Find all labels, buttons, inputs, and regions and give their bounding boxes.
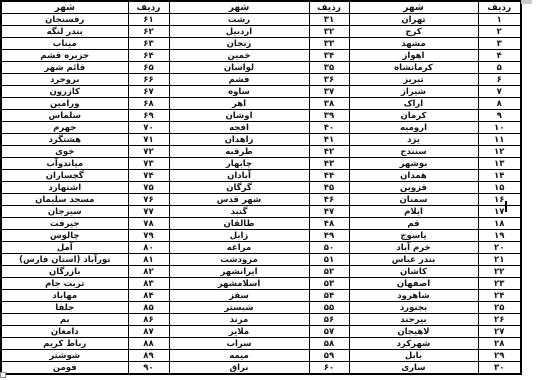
city-cell[interactable]: سیرجان: [1, 206, 128, 218]
table-row: ۱۳بوشهر۴۳چابهار۷۳میاندوآب: [1, 158, 521, 170]
row-number-cell[interactable]: ۵: [478, 62, 521, 74]
row-number-cell[interactable]: ۸۶: [128, 314, 169, 326]
city-cell[interactable]: بوشهر: [349, 158, 478, 170]
city-cell[interactable]: بابل: [349, 350, 478, 362]
row-number-cell[interactable]: ۴۷: [309, 206, 349, 218]
row-number-cell[interactable]: ۷۵: [128, 182, 169, 194]
row-number-cell[interactable]: ۹۰: [128, 362, 169, 375]
table-row: ۲۸شهرکرد۵۸سراب۸۸رباط کریم: [1, 338, 521, 350]
city-cell[interactable]: یاسوج: [349, 230, 478, 242]
city-cell[interactable]: مشهد: [349, 38, 478, 50]
table-row: ۱۷ایلام۴۷گنبد۷۷سیرجان: [1, 206, 521, 218]
city-cell[interactable]: چابهار: [169, 158, 309, 170]
city-cell[interactable]: فومن: [1, 362, 128, 375]
row-number-cell[interactable]: ۹: [478, 110, 521, 122]
table-row: ۷شیراز۳۷ساوه۶۷کازرون: [1, 86, 521, 98]
city-cell[interactable]: اسلامشهر: [169, 278, 309, 290]
row-number-cell[interactable]: ۷۷: [128, 206, 169, 218]
header-radif[interactable]: ردیف: [309, 1, 349, 14]
row-number-cell[interactable]: ۲۶: [478, 314, 521, 326]
row-number-cell[interactable]: ۴۳: [309, 158, 349, 170]
city-cell[interactable]: طالقان: [169, 218, 309, 230]
row-number-cell[interactable]: ۲۹: [478, 350, 521, 362]
row-number-cell[interactable]: ۵۲: [309, 266, 349, 278]
row-number-cell[interactable]: ۷۱: [128, 134, 169, 146]
city-cell[interactable]: چالوس: [1, 230, 128, 242]
table-row: ۲۴شاهرود۵۴سقز۸۴مهاباد: [1, 290, 521, 302]
row-number-cell[interactable]: ۷۸: [128, 218, 169, 230]
document-page: ردیف شهر ردیف شهر ردیف شهر ۱تهران۳۱رشت۶۱…: [0, 0, 544, 380]
city-table[interactable]: ردیف شهر ردیف شهر ردیف شهر ۱تهران۳۱رشت۶۱…: [0, 0, 522, 375]
row-number-cell[interactable]: ۸۲: [128, 266, 169, 278]
row-number-cell[interactable]: ۴۱: [309, 134, 349, 146]
table-row: ۱۴همدان۴۴آبادان۷۴گچساران: [1, 170, 521, 182]
row-number-cell[interactable]: ۵۰: [309, 242, 349, 254]
city-cell[interactable]: افجه: [169, 122, 309, 134]
table-row: ۵کرمانشاه۳۵لواسان۶۵قائم شهر: [1, 62, 521, 74]
row-number-cell[interactable]: ۳۸: [309, 98, 349, 110]
row-number-cell[interactable]: ۸۳: [128, 278, 169, 290]
row-number-cell[interactable]: ۳۹: [309, 110, 349, 122]
city-cell[interactable]: شوشتر: [1, 350, 128, 362]
header-radif[interactable]: ردیف: [478, 1, 521, 14]
row-number-cell[interactable]: ۷: [478, 86, 521, 98]
row-number-cell[interactable]: ۱۳: [478, 158, 521, 170]
row-number-cell[interactable]: ۸۵: [128, 302, 169, 314]
city-cell[interactable]: کاشان: [349, 266, 478, 278]
row-number-cell[interactable]: ۲۳: [478, 278, 521, 290]
row-number-cell[interactable]: ۷۴: [128, 170, 169, 182]
row-number-cell[interactable]: ۲۷: [478, 326, 521, 338]
city-cell[interactable]: تبریز: [349, 74, 478, 86]
row-number-cell[interactable]: ۸۸: [128, 338, 169, 350]
table-row: ۲۷لاهیجان۵۷ملایر۸۷دامغان: [1, 326, 521, 338]
corner-artifact: [521, 0, 532, 4]
city-cell[interactable]: جلفا: [1, 302, 128, 314]
row-number-cell[interactable]: ۴۶: [309, 194, 349, 206]
row-number-cell[interactable]: ۶۵: [128, 62, 169, 74]
city-cell[interactable]: سقز: [169, 290, 309, 302]
row-number-cell[interactable]: ۱۲: [478, 146, 521, 158]
header-shahr[interactable]: شهر: [169, 1, 309, 14]
row-number-cell[interactable]: ۱: [478, 14, 521, 26]
table-row: ۲۹بابل۵۹میمه۸۹شوشتر: [1, 350, 521, 362]
table-row: ۲۲کاشان۵۲ایرانشهر۸۲بازرگان: [1, 266, 521, 278]
city-cell[interactable]: شهر قدس: [169, 194, 309, 206]
city-cell[interactable]: سراب: [169, 338, 309, 350]
row-number-cell[interactable]: ۴۵: [309, 182, 349, 194]
city-cell[interactable]: میناب: [1, 38, 128, 50]
header-shahr[interactable]: شهر: [1, 1, 128, 14]
row-number-cell[interactable]: ۶۷: [128, 86, 169, 98]
city-cell[interactable]: گرگان: [169, 182, 309, 194]
row-number-cell[interactable]: ۵۹: [309, 350, 349, 362]
row-number-cell[interactable]: ۵۵: [309, 302, 349, 314]
row-number-cell[interactable]: ۶۹: [128, 110, 169, 122]
row-number-cell[interactable]: ۷۳: [128, 158, 169, 170]
city-cell[interactable]: مرودشت: [169, 254, 309, 266]
row-number-cell[interactable]: ۴: [478, 50, 521, 62]
city-cell[interactable]: تربت جام: [1, 278, 128, 290]
row-number-cell[interactable]: ۱۵: [478, 182, 521, 194]
row-number-cell[interactable]: ۱۱: [478, 134, 521, 146]
city-cell[interactable]: نورآباد (استان فارس): [1, 254, 128, 266]
table-row: ۱۶سمنان۴۶شهر قدس۷۶مسجد سلیمان: [1, 194, 521, 206]
city-cell[interactable]: ساری: [349, 362, 478, 375]
row-number-cell[interactable]: ۴۲: [309, 146, 349, 158]
city-cell[interactable]: اشتهارد: [1, 182, 128, 194]
row-number-cell[interactable]: ۲: [478, 26, 521, 38]
row-number-cell[interactable]: ۶۲: [128, 26, 169, 38]
row-number-cell[interactable]: ۵۶: [309, 314, 349, 326]
city-cell[interactable]: جهرم: [1, 122, 128, 134]
city-cell[interactable]: کرمان: [349, 110, 478, 122]
city-cell[interactable]: بم: [1, 314, 128, 326]
city-cell[interactable]: بیرجند: [349, 314, 478, 326]
row-number-cell[interactable]: ۶۰: [309, 362, 349, 375]
city-cell[interactable]: آبادان: [169, 170, 309, 182]
table-row: ۱۹یاسوج۴۹زابل۷۹چالوس: [1, 230, 521, 242]
table-row: ۳مشهد۳۳زنجان۶۳میناب: [1, 38, 521, 50]
table-row: ۳۰ساری۶۰نراق۹۰فومن: [1, 362, 521, 375]
row-number-cell[interactable]: ۶۸: [128, 98, 169, 110]
table-row: ۱تهران۳۱رشت۶۱رفسنجان: [1, 14, 521, 26]
row-number-cell[interactable]: ۴۰: [309, 122, 349, 134]
city-cell[interactable]: کرج: [349, 26, 478, 38]
header-shahr[interactable]: شهر: [349, 1, 478, 14]
city-cell[interactable]: اردبیل: [169, 26, 309, 38]
header-radif[interactable]: ردیف: [128, 1, 169, 14]
table-row: ۱۵قزوین۴۵گرگان۷۵اشتهارد: [1, 182, 521, 194]
row-number-cell[interactable]: ۷۲: [128, 146, 169, 158]
city-cell[interactable]: ملایر: [169, 326, 309, 338]
row-number-cell[interactable]: ۴۴: [309, 170, 349, 182]
table-row: ۲۶بیرجند۵۶مرند۸۶بم: [1, 314, 521, 326]
row-number-cell[interactable]: ۵۱: [309, 254, 349, 266]
header-row: ردیف شهر ردیف شهر ردیف شهر: [1, 1, 521, 14]
table-row: ۸اراک۳۸اهر۶۸ورامین: [1, 98, 521, 110]
city-cell[interactable]: میاندوآب: [1, 158, 128, 170]
city-cell[interactable]: ساوه: [169, 86, 309, 98]
row-number-cell[interactable]: ۷۰: [128, 122, 169, 134]
row-number-cell[interactable]: ۸۴: [128, 290, 169, 302]
city-cell[interactable]: آمل: [1, 242, 128, 254]
city-cell[interactable]: نراق: [169, 362, 309, 375]
row-number-cell[interactable]: ۸: [478, 98, 521, 110]
city-cell[interactable]: اراک: [349, 98, 478, 110]
row-number-cell[interactable]: ۶۴: [128, 50, 169, 62]
row-number-cell[interactable]: ۳۷: [309, 86, 349, 98]
row-number-cell[interactable]: ۸۹: [128, 350, 169, 362]
row-number-cell[interactable]: ۵۳: [309, 278, 349, 290]
table-row: ۴اهواز۳۴خمین۶۴جزیره قشم: [1, 50, 521, 62]
city-cell[interactable]: جزیره قشم: [1, 50, 128, 62]
city-cell[interactable]: خرم آباد: [349, 242, 478, 254]
city-cell[interactable]: مرند: [169, 314, 309, 326]
city-cell[interactable]: اوشان: [169, 110, 309, 122]
city-cell[interactable]: دامغان: [1, 326, 128, 338]
city-table-body: ۱تهران۳۱رشت۶۱رفسنجان۲کرج۳۲اردبیل۶۲بندر ل…: [1, 14, 521, 375]
city-cell[interactable]: بندر عباس: [349, 254, 478, 266]
row-number-cell[interactable]: ۲۰: [478, 242, 521, 254]
row-number-cell[interactable]: ۳۴: [309, 50, 349, 62]
city-cell[interactable]: شبستر: [169, 302, 309, 314]
city-cell[interactable]: بروجرد: [1, 74, 128, 86]
row-number-cell[interactable]: ۳: [478, 38, 521, 50]
city-cell[interactable]: شهرکرد: [349, 338, 478, 350]
city-cell[interactable]: سمنان: [349, 194, 478, 206]
table-row: ۱۱یزد۴۱زاهدان۷۱هشتگرد: [1, 134, 521, 146]
city-cell[interactable]: رشت: [169, 14, 309, 26]
row-number-cell[interactable]: ۳۵: [309, 62, 349, 74]
city-cell[interactable]: قائم شهر: [1, 62, 128, 74]
city-cell[interactable]: ایرانشهر: [169, 266, 309, 278]
row-number-cell[interactable]: ۱۷: [478, 206, 521, 218]
city-cell[interactable]: رفسنجان: [1, 14, 128, 26]
city-cell[interactable]: زاهدان: [169, 134, 309, 146]
table-row: ۲۰خرم آباد۵۰مراغه۸۰آمل: [1, 242, 521, 254]
row-number-cell[interactable]: ۳۶: [309, 74, 349, 86]
row-number-cell[interactable]: ۲۵: [478, 302, 521, 314]
row-number-cell[interactable]: ۶۱: [128, 14, 169, 26]
city-cell[interactable]: ورامین: [1, 98, 128, 110]
city-cell[interactable]: هشتگرد: [1, 134, 128, 146]
city-cell[interactable]: قزوین: [349, 182, 478, 194]
row-number-cell[interactable]: ۶۳: [128, 38, 169, 50]
table-row: ۲۵بجنورد۵۵شبستر۸۵جلفا: [1, 302, 521, 314]
city-cell[interactable]: رباط کریم: [1, 338, 128, 350]
row-number-cell[interactable]: ۴۹: [309, 230, 349, 242]
city-cell[interactable]: اهر: [169, 98, 309, 110]
table-row: ۱۰ارومیه۴۰افجه۷۰جهرم: [1, 122, 521, 134]
row-number-cell[interactable]: ۲۴: [478, 290, 521, 302]
row-number-cell[interactable]: ۷۶: [128, 194, 169, 206]
row-number-cell[interactable]: ۲۲: [478, 266, 521, 278]
city-cell[interactable]: خمین: [169, 50, 309, 62]
city-cell[interactable]: سلماس: [1, 110, 128, 122]
city-cell[interactable]: همدان: [349, 170, 478, 182]
city-cell[interactable]: خوی: [1, 146, 128, 158]
city-cell[interactable]: بندر لنگه: [1, 26, 128, 38]
city-cell[interactable]: تهران: [349, 14, 478, 26]
row-number-cell[interactable]: ۴۸: [309, 218, 349, 230]
row-number-cell[interactable]: ۸۰: [128, 242, 169, 254]
city-cell[interactable]: گچساران: [1, 170, 128, 182]
city-cell[interactable]: شیراز: [349, 86, 478, 98]
row-number-cell[interactable]: ۳۱: [309, 14, 349, 26]
city-cell[interactable]: لاهیجان: [349, 326, 478, 338]
table-handle-mark: [0, 372, 6, 378]
row-number-cell[interactable]: ۱۶: [478, 194, 521, 206]
table-row: ۲۳اصفهان۵۳اسلامشهر۸۳تربت جام: [1, 278, 521, 290]
table-row: ۶تبریز۳۶فشم۶۶بروجرد: [1, 74, 521, 86]
row-number-cell[interactable]: ۲۸: [478, 338, 521, 350]
row-number-cell[interactable]: ۵۴: [309, 290, 349, 302]
city-cell[interactable]: فشم: [169, 74, 309, 86]
city-cell[interactable]: زنجان: [169, 38, 309, 50]
row-number-cell[interactable]: ۱۹: [478, 230, 521, 242]
city-cell[interactable]: میمه: [169, 350, 309, 362]
city-cell[interactable]: اصفهان: [349, 278, 478, 290]
city-cell[interactable]: مسجد سلیمان: [1, 194, 128, 206]
table-row: ۱۲سنندج۴۲طرقبه۷۲خوی: [1, 146, 521, 158]
row-number-cell[interactable]: ۸۷: [128, 326, 169, 338]
row-number-cell[interactable]: ۳۳: [309, 38, 349, 50]
row-number-cell[interactable]: ۶۶: [128, 74, 169, 86]
row-number-cell[interactable]: ۱۰: [478, 122, 521, 134]
table-row: ۱۸قم۴۸طالقان۷۸جیرفت: [1, 218, 521, 230]
city-cell[interactable]: ارومیه: [349, 122, 478, 134]
row-number-cell[interactable]: ۱۸: [478, 218, 521, 230]
table-row: ۲کرج۳۲اردبیل۶۲بندر لنگه: [1, 26, 521, 38]
city-cell[interactable]: کرمانشاه: [349, 62, 478, 74]
row-number-cell[interactable]: ۳۲: [309, 26, 349, 38]
city-cell[interactable]: شاهرود: [349, 290, 478, 302]
city-cell[interactable]: جیرفت: [1, 218, 128, 230]
row-number-cell[interactable]: ۳۰: [478, 362, 521, 375]
city-cell[interactable]: ایلام: [349, 206, 478, 218]
row-number-cell[interactable]: ۶: [478, 74, 521, 86]
city-cell[interactable]: سنندج: [349, 146, 478, 158]
row-number-cell[interactable]: ۵۷: [309, 326, 349, 338]
city-cell[interactable]: مهاباد: [1, 290, 128, 302]
city-cell[interactable]: یزد: [349, 134, 478, 146]
city-cell[interactable]: کازرون: [1, 86, 128, 98]
row-number-cell[interactable]: ۵۸: [309, 338, 349, 350]
city-cell[interactable]: بجنورد: [349, 302, 478, 314]
table-row: ۹کرمان۳۹اوشان۶۹سلماس: [1, 110, 521, 122]
city-cell[interactable]: بازرگان: [1, 266, 128, 278]
city-cell[interactable]: زابل: [169, 230, 309, 242]
table-row: ۲۱بندر عباس۵۱مرودشت۸۱نورآباد (استان فارس…: [1, 254, 521, 266]
city-cell[interactable]: مراغه: [169, 242, 309, 254]
text-cursor: [505, 201, 507, 212]
city-cell[interactable]: طرقبه: [169, 146, 309, 158]
city-cell[interactable]: قم: [349, 218, 478, 230]
row-number-cell[interactable]: ۲۱: [478, 254, 521, 266]
row-number-cell[interactable]: ۷۹: [128, 230, 169, 242]
city-cell[interactable]: گنبد: [169, 206, 309, 218]
city-cell[interactable]: اهواز: [349, 50, 478, 62]
city-cell[interactable]: لواسان: [169, 62, 309, 74]
row-number-cell[interactable]: ۱۴: [478, 170, 521, 182]
row-number-cell[interactable]: ۸۱: [128, 254, 169, 266]
